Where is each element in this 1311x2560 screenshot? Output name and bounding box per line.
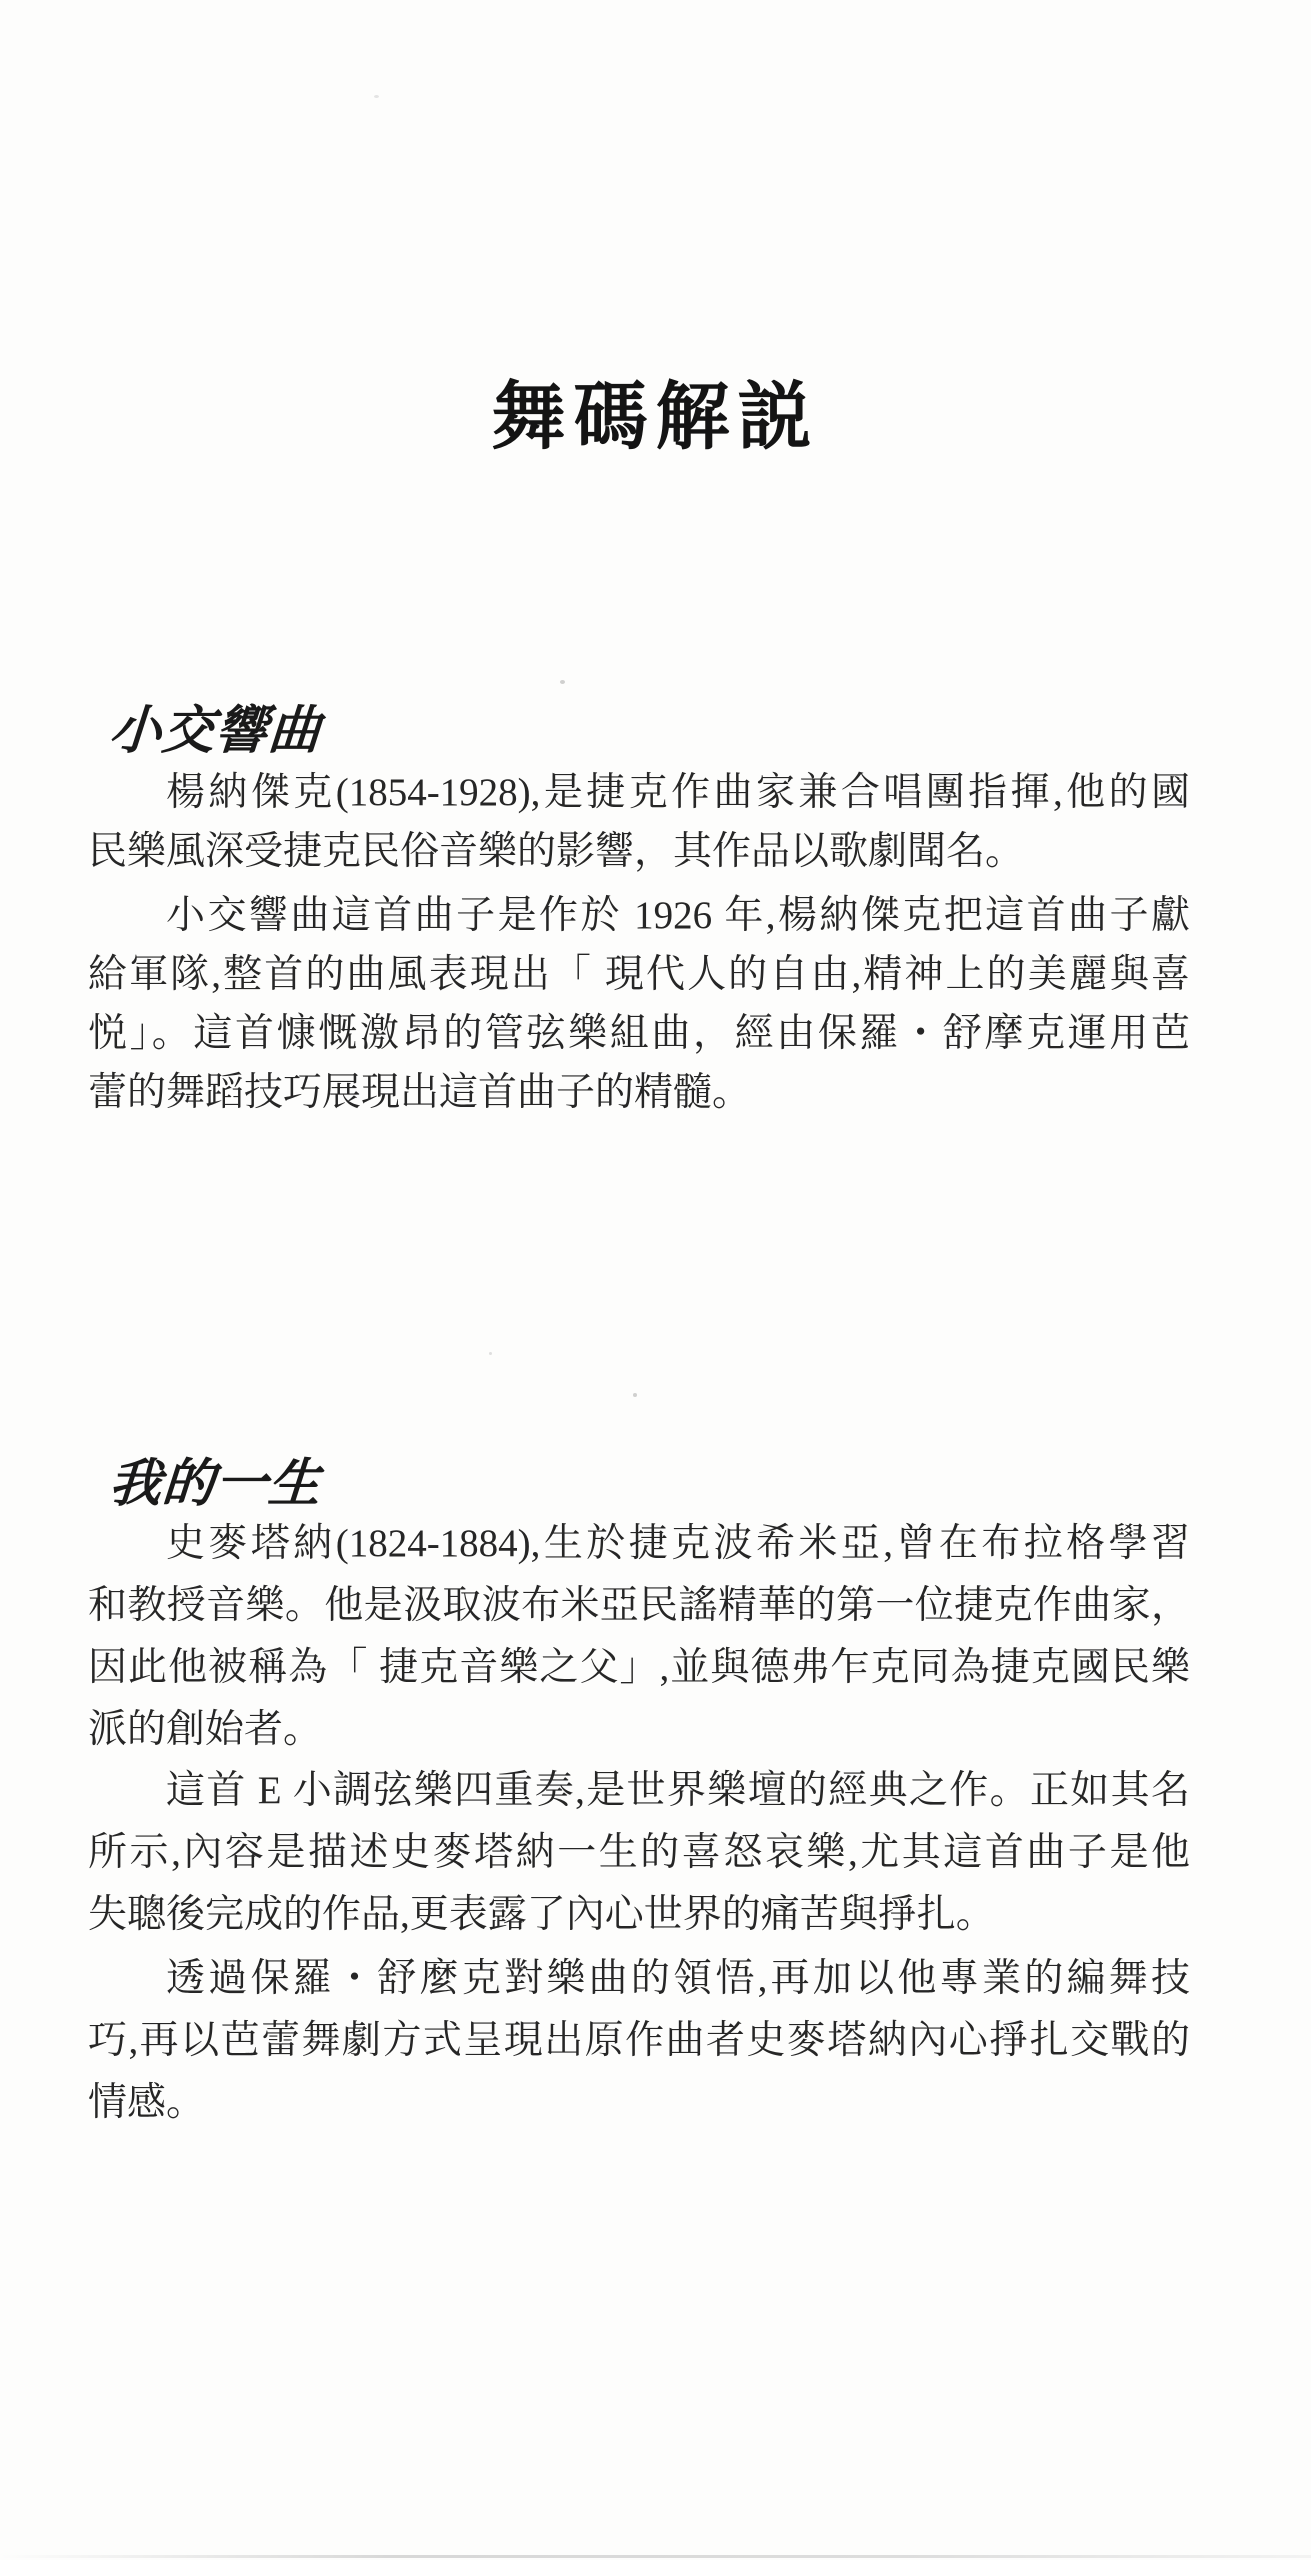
body-line: 失聰後完成的作品,更表露了內心世界的痛苦與掙扎。 — [88, 1884, 1190, 1946]
section-heading-sinfonietta: 小交響曲 — [107, 688, 324, 763]
section1-paragraph-1: 楊納傑克(1854-1928),是捷克作曲家兼合唱團指揮,他的國 民樂風深受捷克… — [88, 763, 1190, 881]
body-line: 情感。 — [88, 2072, 1190, 2134]
body-line: 和教授音樂。他是汲取波布米亞民謠精華的第一位捷克作曲家， — [88, 1575, 1190, 1637]
body-line: 這首 E 小調弦樂四重奏,是世界樂壇的經典之作。正如其名 — [88, 1760, 1190, 1822]
body-line: 小交響曲這首曲子是作於 1926 年,楊納傑克把這首曲子獻 — [88, 886, 1190, 945]
scan-speck — [489, 1352, 492, 1355]
body-line: 民樂風深受捷克民俗音樂的影響，其作品以歌劇聞名。 — [88, 822, 1190, 881]
body-line: 史麥塔納(1824-1884),生於捷克波希米亞,曾在布拉格學習 — [88, 1513, 1190, 1575]
body-line: 楊納傑克(1854-1928),是捷克作曲家兼合唱團指揮,他的國 — [88, 763, 1190, 822]
body-line: 因此他被稱為「 捷克音樂之父」,並與德弗乍克同為捷克國民樂 — [88, 1637, 1190, 1699]
body-line: 所示,內容是描述史麥塔納一生的喜怒哀樂,尤其這首曲子是他 — [88, 1822, 1190, 1884]
section2-paragraph-2: 這首 E 小調弦樂四重奏,是世界樂壇的經典之作。正如其名 所示,內容是描述史麥塔… — [88, 1760, 1190, 1946]
body-line: 巧,再以芭蕾舞劇方式呈現出原作曲者史麥塔納內心掙扎交戰的 — [88, 2010, 1190, 2072]
body-line: 派的創始者。 — [88, 1699, 1190, 1761]
scanned-document-page: 舞碼解説 小交響曲 楊納傑克(1854-1928),是捷克作曲家兼合唱團指揮,他… — [0, 0, 1311, 2560]
body-line: 蕾的舞蹈技巧展現出這首曲子的精髓。 — [88, 1063, 1190, 1122]
scan-bottom-edge — [0, 2555, 1311, 2558]
section1-paragraph-2: 小交響曲這首曲子是作於 1926 年,楊納傑克把這首曲子獻 給軍隊,整首的曲風表… — [88, 886, 1190, 1122]
body-line: 透過保羅・舒麼克對樂曲的領悟,再加以他專業的編舞技 — [88, 1948, 1190, 2010]
section-heading-my-life: 我的一生 — [107, 1441, 324, 1516]
scan-speck — [560, 680, 565, 684]
section2-paragraph-1: 史麥塔納(1824-1884),生於捷克波希米亞,曾在布拉格學習 和教授音樂。他… — [88, 1513, 1190, 1761]
scan-speck — [374, 95, 379, 98]
body-line: 給軍隊,整首的曲風表現出「 現代人的自由,精神上的美麗與喜 — [88, 945, 1190, 1004]
body-line: 悦」。這首慷慨激昂的管弦樂組曲，經由保羅・舒摩克運用芭 — [88, 1004, 1190, 1063]
scan-speck — [633, 1393, 637, 1397]
section2-paragraph-3: 透過保羅・舒麼克對樂曲的領悟,再加以他專業的編舞技 巧,再以芭蕾舞劇方式呈現出原… — [88, 1948, 1190, 2134]
page-title: 舞碼解説 — [0, 358, 1311, 464]
